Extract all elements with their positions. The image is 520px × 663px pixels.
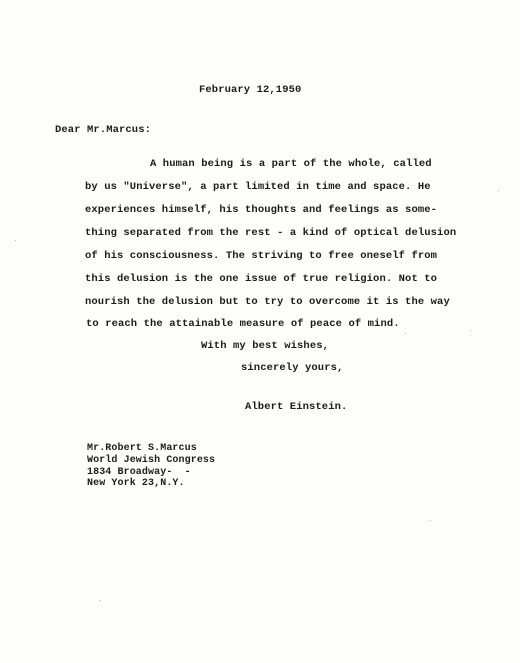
address-line: New York 23,N.Y. bbox=[87, 478, 185, 489]
letter-date: February 12,1950 bbox=[199, 84, 301, 96]
closing-line: sincerely yours, bbox=[241, 362, 343, 374]
body-line: nourish the delusion but to try to overc… bbox=[85, 296, 450, 308]
body-line: to reach the attainable measure of peace… bbox=[86, 318, 400, 330]
address-line: World Jewish Congress bbox=[87, 455, 215, 466]
letter-page: February 12,1950 Dear Mr.Marcus: A human… bbox=[0, 0, 520, 663]
closing-line: With my best wishes, bbox=[201, 340, 329, 352]
body-line: by us "Universe", a part limited in time… bbox=[85, 181, 431, 193]
body-line: A human being is a part of the whole, ca… bbox=[150, 158, 432, 170]
body-line: experiences himself, his thoughts and fe… bbox=[85, 204, 437, 216]
address-line: 1834 Broadway- - bbox=[87, 467, 191, 478]
scan-speck bbox=[405, 333, 406, 334]
address-line: Mr.Robert S.Marcus bbox=[87, 443, 197, 454]
scan-speck bbox=[498, 190, 499, 191]
scan-speck bbox=[100, 600, 101, 601]
signature: Albert Einstein. bbox=[245, 401, 347, 413]
scan-speck bbox=[430, 520, 431, 521]
body-line: this delusion is the one issue of true r… bbox=[85, 273, 437, 285]
scan-speck bbox=[470, 330, 471, 331]
body-line: of his consciousness. The striving to fr… bbox=[85, 250, 437, 262]
salutation: Dear Mr.Marcus: bbox=[55, 124, 151, 136]
scan-speck bbox=[15, 240, 16, 241]
body-line: thing separated from the rest - a kind o… bbox=[85, 227, 456, 239]
